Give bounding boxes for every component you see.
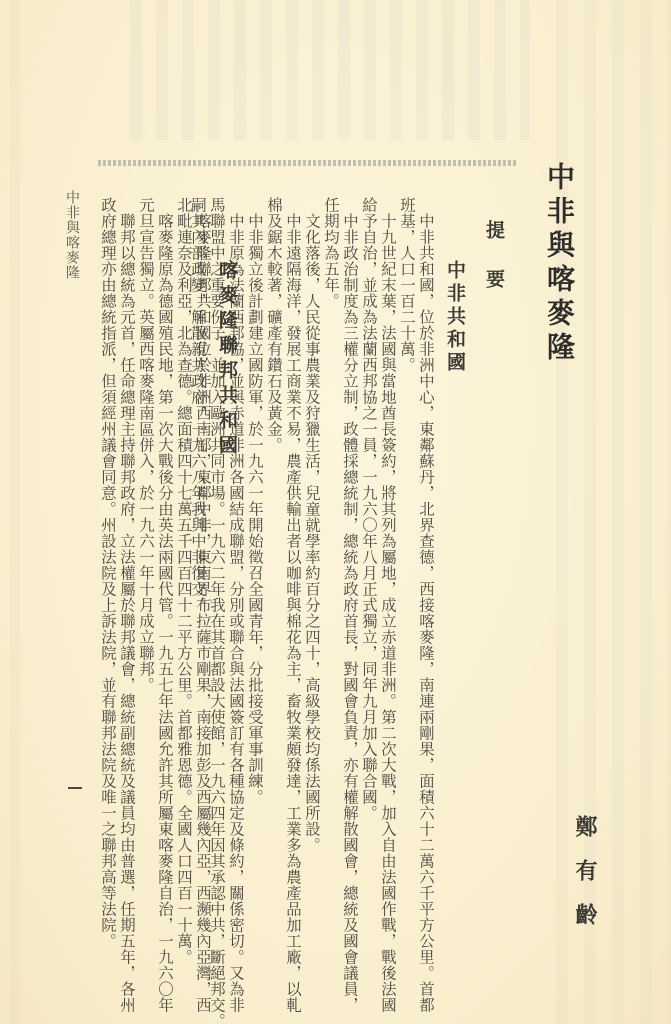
paragraph-line: 中非政治制度為三權分立制，政體採總統制，總統為政府首長，對國會負責，亦有權解散國… [342,213,358,1013]
paragraph-line: 中非共和國，位於非洲中心，東鄰蘇丹，北界查德，西接喀麥隆，南連兩剛果，面積六十二… [418,213,434,1013]
paragraph-line: 北毗連奈及利亞，北為查德。總面積四十七萬五千四百四十二平方公里。首都雅恩德。全國… [176,197,192,965]
paragraph-line: 喀麥隆聯邦共和國位於非洲西南部，東鄰中非，東南界布拉薩市剛果，南接加彭及西屬幾內… [195,213,211,1013]
paragraph-line: 中非獨立後計劃建立國防軍，於一九六一年開始徵召全國青年，分批接受軍事訓練。 [247,213,263,805]
paragraph-line: 喀麥隆原為德國殖民地，第一次大戰後分由英法兩國代管。一九五七年法國允許其所屬東喀… [157,213,173,1013]
summary-heading: 提要 [481,220,508,318]
paragraph-line: 班基，人口一百二十萬。 [399,197,415,373]
paragraph-line: 十九世紀末葉，法國與當地酋長簽約，將其列為屬地，成立赤道非洲。第二次大戰，加入自… [380,213,396,1013]
show-through-texture-right [540,0,671,1024]
paragraph-line: 中非遠隔海洋，發展工商業不易，農產供輸出者以咖啡與棉花為主，畜牧業頗發達，工業多… [285,213,301,1013]
show-through-texture [130,0,530,140]
paragraph-line: 聯邦以總統為元首，任命總理主持聯邦政府，立法權屬於聯邦議會，總統副總統及議員均由… [119,213,135,1013]
paragraph-line: 文化落後，人民從事農業及狩獵生活，兒童就學率約百分之四十，高級學校均係法國所設。 [304,213,320,853]
paragraph-line: 任期均為五年。 [323,197,339,309]
paragraph-line: 給予自治，並成為法蘭西邦協之一員，一九六〇年八月正式獨立，同年九月加入聯合國。 [361,197,377,821]
section-heading-central-african-republic: 中非共和國 [442,260,469,375]
paragraph-line: 元旦宣告獨立。英屬西喀麥隆南區併入，於一九六一年十月成立聯邦。 [138,197,154,693]
scanned-page: 中非與喀麥隆 提要 中非共和國 中非共和國，位於非洲中心，東鄰蘇丹，北界查德，西… [0,0,671,1024]
author-name: 鄭有齡 [570,815,601,947]
section-heading-cameroon: 喀麥隆聯邦共和國 [214,260,241,460]
paragraph-line: 棉及鋸木較著，礦產有鑽石及黃金。 [266,197,282,453]
page-number-mark [68,787,82,789]
running-head: 中非與喀麥隆 [62,190,82,280]
show-through-texture-left [0,0,30,1024]
paragraph-line: 政府總理亦由總統指派，但須經州議會同意。州設法院及上訴法院，並有聯邦法院及唯一之… [100,197,116,949]
wavy-rule [98,160,518,166]
article-title: 中非與喀麥隆 [539,162,579,366]
